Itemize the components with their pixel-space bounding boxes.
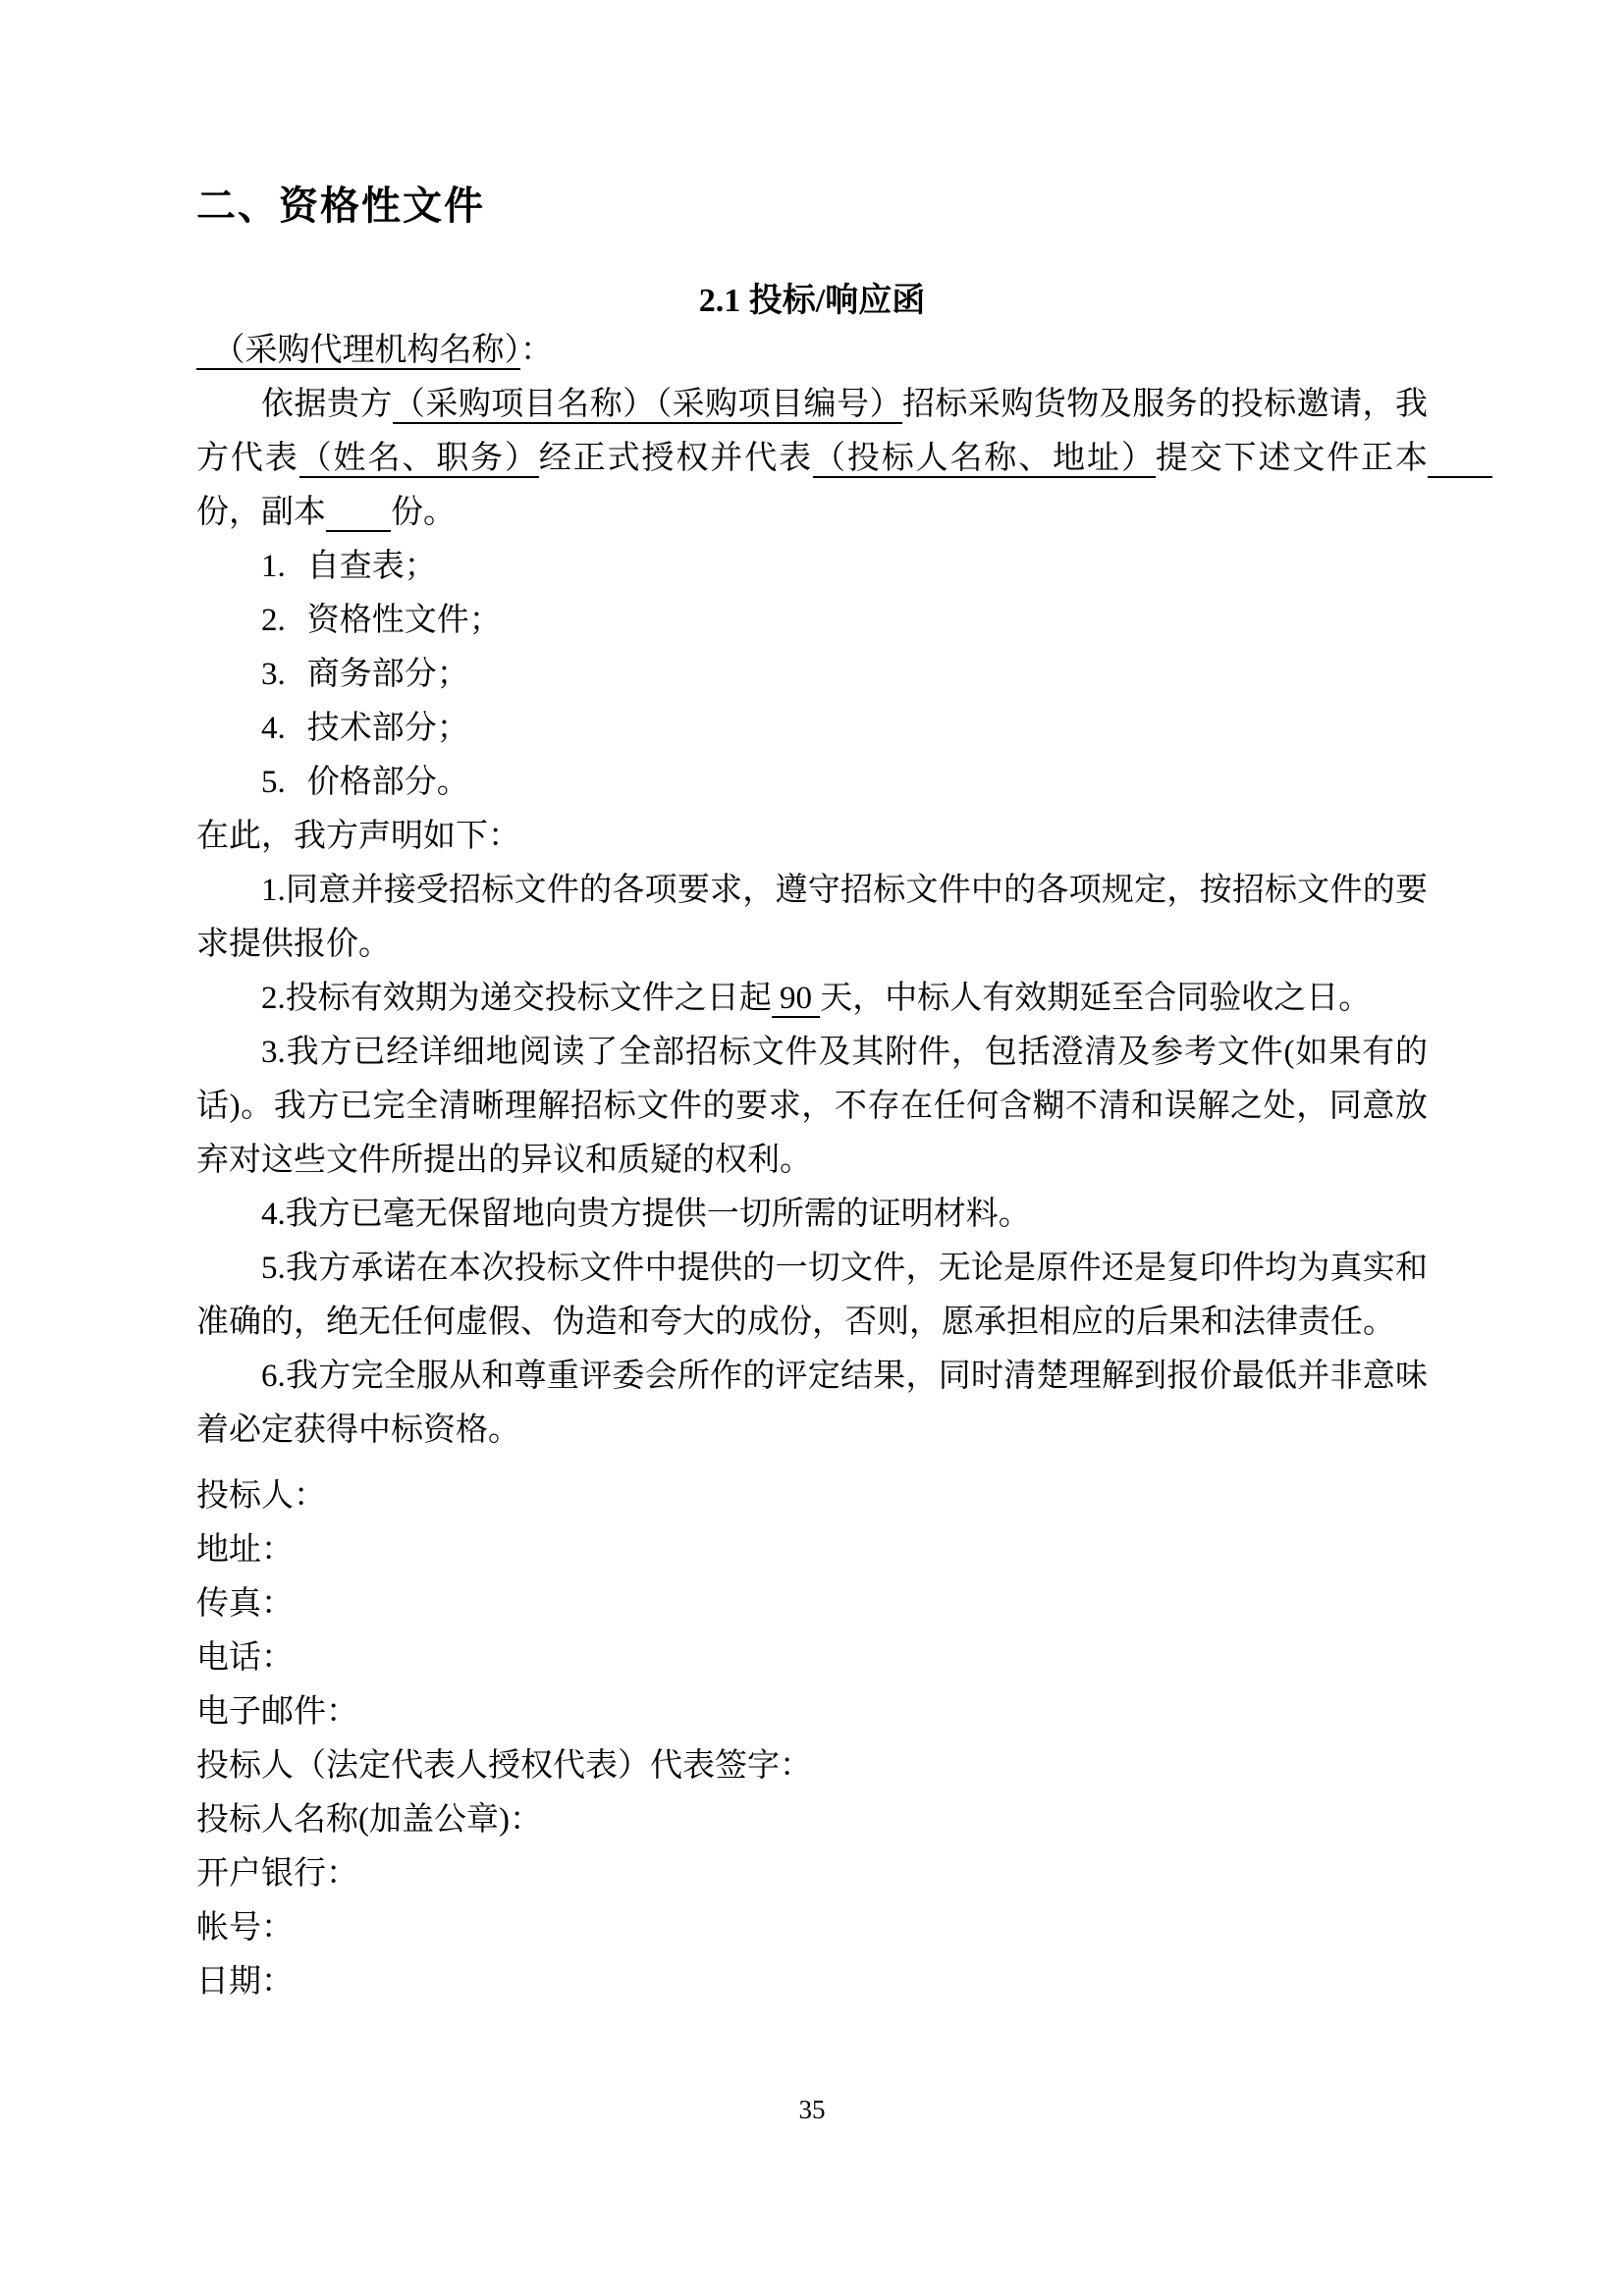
underlined-text-segment: 90: [772, 981, 821, 1018]
signature-field-line: 投标人：: [196, 1469, 1428, 1523]
underlined-text-segment: （采购代理机构名称）: [196, 333, 520, 370]
signature-field-line: 电话：: [196, 1631, 1428, 1685]
signature-field-line: 传真：: [196, 1577, 1428, 1631]
list-item-label: 商务部分；: [307, 657, 469, 692]
text-segment: 经正式授权并代表: [539, 441, 813, 476]
declaration-item: 5.我方承诺在本次投标文件中提供的一切文件，无论是原件还是复印件均为真实和准确的…: [196, 1242, 1428, 1350]
declaration-item: 1.同意并接受招标文件的各项要求，遵守招标文件中的各项规定，按招标文件的要求提供…: [196, 864, 1428, 972]
list-item-label: 自查表；: [307, 549, 437, 584]
list-item-label: 技术部分；: [307, 711, 469, 746]
salutation-line: （采购代理机构名称）：: [196, 324, 1428, 378]
declaration-item: 4.我方已毫无保留地向贵方提供一切所需的证明材料。: [196, 1188, 1428, 1242]
text-segment: 份。: [391, 495, 456, 530]
declaration-item: 6.我方完全服从和尊重评委会所作的评定结果，同时清楚理解到报价最低并非意味着必定…: [196, 1350, 1428, 1458]
document-list-item: 5.价格部分。: [196, 756, 1428, 810]
text-segment: 4.我方已毫无保留地向贵方提供一切所需的证明材料。: [261, 1197, 1031, 1232]
opening-paragraph: 依据贵方（采购项目名称）（采购项目编号）招标采购货物及服务的投标邀请，我方代表（…: [196, 378, 1428, 540]
text-segment: ：: [520, 333, 553, 368]
list-item-number: 3.: [261, 657, 286, 692]
text-segment: 份，副本: [196, 495, 326, 530]
text-segment: 天，中标人有效期延至合同验收之日。: [820, 981, 1371, 1016]
declaration-list: 1.同意并接受招标文件的各项要求，遵守招标文件中的各项规定，按招标文件的要求提供…: [196, 864, 1428, 1458]
document-list-item: 3.商务部分；: [196, 648, 1428, 702]
signature-block: 投标人： 地址： 传真： 电话： 电子邮件： 投标人（法定代表人授权代表）代表签…: [196, 1469, 1428, 2009]
section-title: 二、资格性文件: [196, 179, 1428, 234]
document-list-item: 1.自查表；: [196, 540, 1428, 594]
declaration-item: 2.投标有效期为递交投标文件之日起 90 天，中标人有效期延至合同验收之日。: [196, 972, 1428, 1026]
text-segment: 5.我方承诺在本次投标文件中提供的一切文件，无论是原件还是复印件均为真实和准确的…: [196, 1251, 1428, 1340]
list-item-number: 1.: [261, 549, 286, 584]
signature-field-line: 地址：: [196, 1523, 1428, 1577]
text-segment: 2.投标有效期为递交投标文件之日起: [261, 981, 772, 1016]
signature-field-line: 电子邮件：: [196, 1685, 1428, 1739]
list-item-label: 价格部分。: [307, 765, 469, 800]
signature-field-line: 开户银行：: [196, 1847, 1428, 1901]
text-segment: 提交下述文件正本: [1156, 441, 1428, 476]
document-list-item: 4.技术部分；: [196, 702, 1428, 756]
declaration-intro: 在此，我方声明如下：: [196, 810, 1428, 864]
signature-field-line: 帐号：: [196, 1901, 1428, 1955]
list-item-number: 4.: [261, 711, 286, 746]
underlined-text-segment: （采购项目名称）（采购项目编号）: [393, 387, 902, 424]
document-list: 1.自查表； 2.资格性文件； 3.商务部分； 4.技术部分； 5.价格部分。: [196, 540, 1428, 810]
list-item-number: 2.: [261, 603, 286, 638]
declaration-item: 3.我方已经详细地阅读了全部招标文件及其附件，包括澄清及参考文件(如果有的话)。…: [196, 1026, 1428, 1188]
document-list-item: 2.资格性文件；: [196, 594, 1428, 648]
underlined-text-segment: （投标人名称、地址）: [813, 441, 1156, 478]
text-segment: 1.同意并接受招标文件的各项要求，遵守招标文件中的各项规定，按招标文件的要求提供…: [196, 873, 1428, 962]
signature-field-line: 投标人（法定代表人授权代表）代表签字：: [196, 1739, 1428, 1793]
signature-field-line: 日期：: [196, 1955, 1428, 2009]
list-item-number: 5.: [261, 765, 286, 800]
list-item-label: 资格性文件；: [307, 603, 502, 638]
text-segment: 3.我方已经详细地阅读了全部招标文件及其附件，包括澄清及参考文件(如果有的话)。…: [196, 1035, 1428, 1178]
underlined-text-segment: （姓名、职务）: [299, 441, 539, 478]
underlined-text-segment: [326, 495, 391, 532]
signature-field-line: 投标人名称(加盖公章)：: [196, 1793, 1428, 1847]
subsection-heading: 2.1 投标/响应函: [196, 279, 1428, 324]
text-segment: 依据贵方: [261, 387, 393, 422]
page-number: 35: [0, 2095, 1624, 2124]
underlined-text-segment: [1428, 441, 1492, 478]
document-page: 二、资格性文件 2.1 投标/响应函 （采购代理机构名称）： 依据贵方（采购项目…: [0, 0, 1624, 2296]
text-segment: 6.我方完全服从和尊重评委会所作的评定结果，同时清楚理解到报价最低并非意味着必定…: [196, 1359, 1428, 1448]
